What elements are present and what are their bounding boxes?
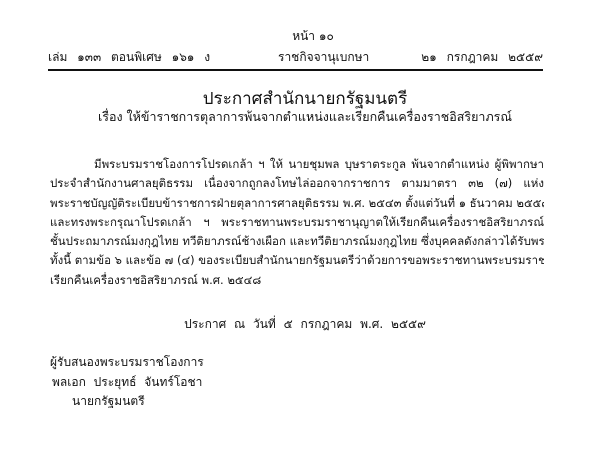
publication-date: ๒๑ กรกฎาคม ๒๕๕๙ bbox=[421, 48, 543, 67]
page-number: หน้า ๑๐ bbox=[0, 27, 600, 46]
signatory-name: พลเอก ประยุทธ์ จันทร์โอชา bbox=[50, 373, 204, 393]
header-divider bbox=[48, 69, 543, 71]
body-line: ชั้นประถมาภรณ์มงกุฎไทย ทวีติยาภรณ์ช้างเผ… bbox=[50, 232, 544, 251]
gazette-header: เล่ม ๑๓๓ ตอนพิเศษ ๑๖๑ ง ราชกิจจานุเบกษา … bbox=[48, 48, 543, 68]
body-line: เรียกคืนเครื่องราชอิสริยาภรณ์ พ.ศ. ๒๕๔๘ bbox=[50, 271, 544, 290]
gazette-page: หน้า ๑๐ เล่ม ๑๓๓ ตอนพิเศษ ๑๖๑ ง ราชกิจจา… bbox=[0, 0, 600, 456]
body-line: ประจำสำนักงานศาลยุติธรรม เนื่องจากถูกลงโ… bbox=[50, 174, 544, 193]
signatory-position: นายกรัฐมนตรี bbox=[50, 392, 204, 412]
body-line: และทรงพระกรุณาโปรดเกล้า ฯ พระราชทานพระบร… bbox=[50, 213, 544, 232]
volume-issue: เล่ม ๑๓๓ ตอนพิเศษ ๑๖๑ ง bbox=[48, 48, 210, 67]
publication-name: ราชกิจจานุเบกษา bbox=[278, 48, 369, 67]
signature-block: ผู้รับสนองพระบรมราชโองการ พลเอก ประยุทธ์… bbox=[50, 353, 204, 412]
proclamation-date: ประกาศ ณ วันที่ ๕ กรกฎาคม พ.ศ. ๒๕๕๙ bbox=[0, 315, 600, 334]
countersign-label: ผู้รับสนองพระบรมราชโองการ bbox=[50, 353, 204, 373]
body-line: พระราชบัญญัติระเบียบข้าราชการฝ่ายตุลาการ… bbox=[50, 194, 544, 213]
body-line: มีพระบรมราชโองการโปรดเกล้า ฯ ให้ นายชุมพ… bbox=[50, 155, 544, 174]
body-line: ทั้งนี้ ตามข้อ ๖ และข้อ ๗ (๔) ของระเบียบ… bbox=[50, 251, 544, 270]
document-subject: เรื่อง ให้ข้าราชการตุลาการพ้นจากตำแหน่งแ… bbox=[0, 107, 600, 127]
document-body: มีพระบรมราชโองการโปรดเกล้า ฯ ให้ นายชุมพ… bbox=[50, 155, 544, 290]
